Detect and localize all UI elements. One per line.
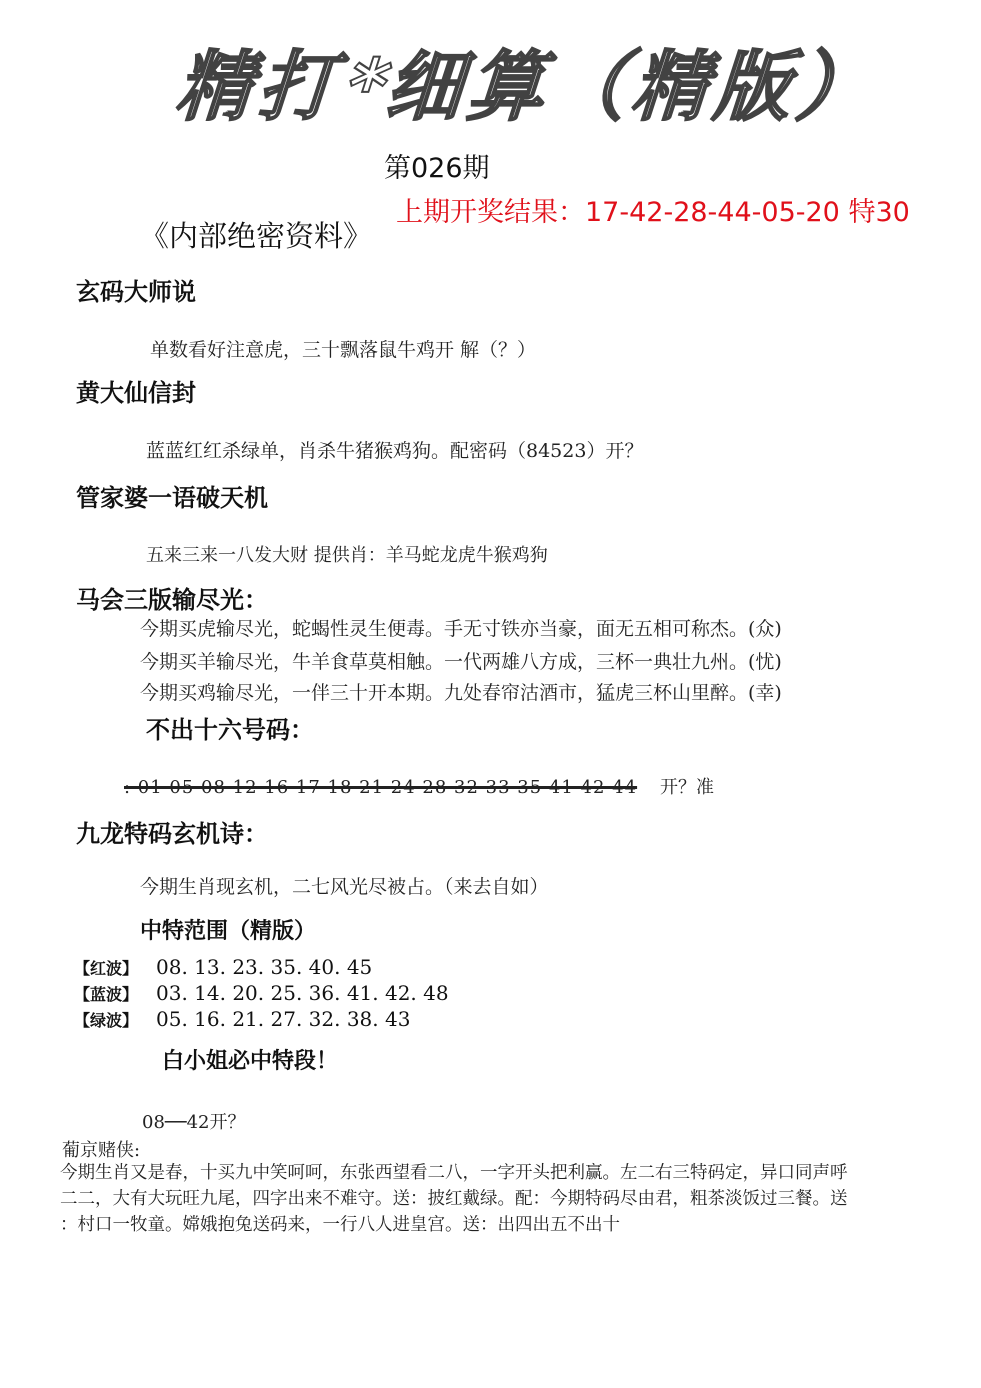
wave-numbers: 05. 16. 21. 27. 32. 38. 43 <box>156 1007 410 1031</box>
section-text-jiulong: 今期生肖现玄机，二七风光尽被占。（来去自如） <box>140 872 549 899</box>
pujing-line: 二二，大有大玩旺九尾，四字出来不难守。送：披红戴绿。配：今期特码尽由君，粗茶淡饭… <box>60 1187 940 1211</box>
wave-label: 【绿波】 <box>74 1008 156 1031</box>
section-text-huangdaxian: 蓝蓝红红杀绿单，肖杀牛猪猴鸡狗。配密码（84523）开？ <box>146 436 643 463</box>
section-heading-buchu: 不出十六号码： <box>146 710 314 745</box>
mahui-line: 今期买羊输尽光，牛羊食草莫相触。一代两雄八方成，三杯一典壮九州。(忧) <box>140 647 782 674</box>
excluded-numbers: : 01 05 08 12 16 17 18 21 24 28 32 33 35… <box>124 777 637 798</box>
section-text-baixiaojie: 08──42开？ <box>142 1108 245 1134</box>
document-title: 《内部绝密资料》 <box>140 214 372 255</box>
section-text-guanjiapo: 五来三来一八发大财 提供肖：羊马蛇龙虎牛猴鸡狗 <box>146 541 548 567</box>
section-text-xuanma: 单数看好注意虎，三十飘落鼠牛鸡开 解（？） <box>150 335 536 362</box>
last-result: 上期开奖结果：17-42-28-44-05-20 特30 <box>396 190 910 229</box>
pujing-line: 今期生肖又是春，十买九中笑呵呵，东张西望看二八，一字开头把利赢。左二右三特码定，… <box>60 1161 940 1185</box>
last-result-label: 上期开奖结果： <box>396 197 585 228</box>
wave-numbers: 08. 13. 23. 35. 40. 45 <box>156 955 372 979</box>
pujing-line: ：村口一牧童。嫦娥抱兔送码来，一行八人进皇宫。送：出四出五不出十 <box>60 1213 940 1237</box>
last-result-numbers: 17-42-28-44-05-20 <box>585 197 840 228</box>
section-heading-huangdaxian: 黄大仙信封 <box>76 373 196 408</box>
wave-row-red: 【红波】08. 13. 23. 35. 40. 45 <box>74 955 372 979</box>
section-heading-jiulong: 九龙特码玄机诗： <box>76 814 268 849</box>
wave-row-green: 【绿波】05. 16. 21. 27. 32. 38. 43 <box>74 1007 410 1031</box>
buchu-row: : 01 05 08 12 16 17 18 21 24 28 32 33 35… <box>124 773 714 799</box>
banner-title: 精打*细算（精版） <box>185 22 785 132</box>
last-result-special: 特30 <box>848 197 909 228</box>
mahui-line: 今期买虎输尽光，蛇蝎性灵生便毒。手无寸铁亦当豪，面无五相可称杰。(众) <box>140 614 782 641</box>
wave-label: 【蓝波】 <box>74 982 156 1005</box>
wave-numbers: 03. 14. 20. 25. 36. 41. 42. 48 <box>156 981 449 1005</box>
mahui-line: 今期买鸡输尽光，一伴三十开本期。九处春帘沽酒市，猛虎三杯山里醉。(幸) <box>140 678 782 705</box>
section-heading-baixiaojie: 白小姐必中特段！ <box>162 1044 338 1075</box>
section-heading-zhongte: 中特范围（精版） <box>140 914 316 945</box>
issue-number: 第026期 <box>384 146 490 185</box>
banner-text: 精打*细算（精版） <box>167 26 904 135</box>
buchu-suffix: 开？准 <box>660 777 714 798</box>
section-heading-mahui: 马会三版输尽光： <box>76 580 268 615</box>
section-heading-guanjiapo: 管家婆一语破天机 <box>76 478 268 513</box>
section-heading-pujing: 葡京赌侠: <box>62 1136 140 1162</box>
wave-label: 【红波】 <box>74 956 156 979</box>
wave-row-blue: 【蓝波】03. 14. 20. 25. 36. 41. 42. 48 <box>74 981 449 1005</box>
section-heading-xuanma: 玄码大师说 <box>76 272 196 307</box>
